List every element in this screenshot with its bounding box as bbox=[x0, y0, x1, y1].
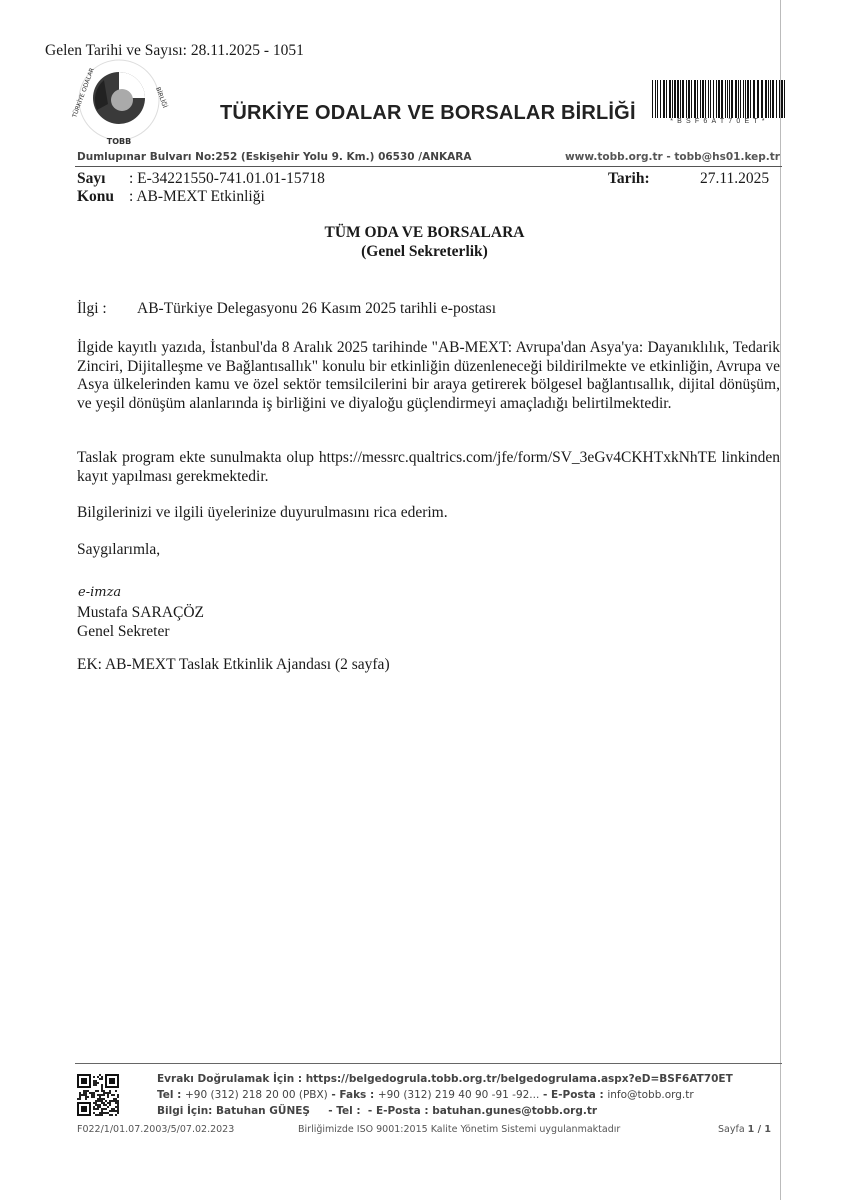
organization-name: TÜRKİYE ODALAR VE BORSALAR BİRLİĞİ bbox=[220, 102, 636, 125]
signer-name: Mustafa SARAÇÖZ bbox=[77, 604, 204, 623]
addressee-line2: (Genel Sekreterlik) bbox=[200, 243, 649, 261]
footer-divider bbox=[75, 1063, 782, 1064]
footer-verify: Evrakı Doğrulamak İçin : https://belgedo… bbox=[157, 1073, 733, 1085]
tobb-logo-icon: TOBB TÜRKİYE ODALAR BİRLİĞİ bbox=[64, 58, 174, 148]
footer-info: Bilgi İçin: Batuhan GÜNEŞ - Tel : - E-Po… bbox=[157, 1105, 597, 1117]
reference: İlgi :AB-Türkiye Delegasyonu 26 Kasım 20… bbox=[77, 300, 496, 318]
received-stamp: Gelen Tarihi ve Sayısı: 28.11.2025 - 105… bbox=[45, 42, 304, 60]
qr-code-icon[interactable] bbox=[77, 1074, 119, 1116]
address-bar: Dumlupınar Bulvarı No:252 (Eskişehir Yol… bbox=[75, 150, 782, 167]
body-paragraph-3: Bilgilerinizi ve ilgili üyelerinize duyu… bbox=[77, 504, 780, 523]
date-value: 27.11.2025 bbox=[700, 170, 769, 188]
tel-label: Tel : bbox=[157, 1089, 185, 1101]
signer-block: Mustafa SARAÇÖZ Genel Sekreter bbox=[77, 604, 204, 641]
info-person: Bilgi İçin: Batuhan GÜNEŞ bbox=[157, 1105, 310, 1117]
sayi-label: Sayı bbox=[77, 170, 129, 188]
registration-link[interactable]: https://messrc.qualtrics.com/jfe/form/SV… bbox=[319, 449, 717, 466]
closing: Saygılarımla, bbox=[77, 541, 780, 560]
e-signature-mark: e-imza bbox=[78, 585, 121, 600]
barcode-text: *BSF6AT70ET* bbox=[652, 118, 787, 125]
body-paragraph-2: Taslak program ekte sunulmakta olup http… bbox=[77, 449, 780, 486]
body-paragraph-1: İlgide kayıtlı yazıda, İstanbul'da 8 Ara… bbox=[77, 339, 780, 413]
konu-label: Konu bbox=[77, 188, 129, 206]
ilgi-text: AB-Türkiye Delegasyonu 26 Kasım 2025 tar… bbox=[137, 300, 496, 317]
faks-label: - Faks : bbox=[328, 1089, 378, 1101]
sayi-value: : E-34221550-741.01.01-15718 bbox=[129, 170, 325, 187]
contact-info[interactable]: www.tobb.org.tr - tobb@hs01.kep.tr bbox=[565, 151, 780, 163]
footer-contact: Tel : +90 (312) 218 20 00 (PBX) - Faks :… bbox=[157, 1089, 694, 1101]
scan-edge-line bbox=[780, 0, 781, 1200]
document-subject: Konu: AB-MEXT Etkinliği bbox=[77, 188, 265, 206]
verify-label: Evrakı Doğrulamak İçin : bbox=[157, 1073, 306, 1085]
document-number: Sayı: E-34221550-741.01.01-15718 bbox=[77, 170, 325, 188]
ilgi-label: İlgi : bbox=[77, 300, 137, 318]
svg-text:TOBB: TOBB bbox=[107, 137, 131, 146]
attachment-note: EK: AB-MEXT Taslak Etkinlik Ajandası (2 … bbox=[77, 656, 390, 674]
paragraph2-before: Taslak program ekte sunulmakta olup bbox=[77, 449, 319, 466]
date-label: Tarih: bbox=[608, 170, 650, 188]
iso-note: Birliğimizde ISO 9001:2015 Kalite Yöneti… bbox=[298, 1124, 620, 1135]
verify-url[interactable]: https://belgedogrula.tobb.org.tr/belgedo… bbox=[306, 1073, 733, 1085]
page-label: Sayfa bbox=[718, 1124, 748, 1135]
page-number: Sayfa 1 / 1 bbox=[718, 1124, 771, 1135]
eposta-value[interactable]: info@tobb.org.tr bbox=[607, 1089, 693, 1101]
signer-title: Genel Sekreter bbox=[77, 623, 204, 642]
form-code: F022/1/01.07.2003/5/07.02.2023 bbox=[77, 1124, 234, 1135]
postal-address: Dumlupınar Bulvarı No:252 (Eskişehir Yol… bbox=[77, 151, 471, 163]
svg-text:TÜRKİYE ODALAR: TÜRKİYE ODALAR bbox=[71, 67, 96, 120]
info-contact[interactable]: - Tel : - E-Posta : batuhan.gunes@tobb.o… bbox=[310, 1105, 597, 1117]
eposta-label: - E-Posta : bbox=[539, 1089, 607, 1101]
tel-value: +90 (312) 218 20 00 (PBX) bbox=[185, 1089, 328, 1101]
konu-value: : AB-MEXT Etkinliği bbox=[129, 188, 265, 205]
page-value: 1 / 1 bbox=[748, 1124, 771, 1135]
faks-value: +90 (312) 219 40 90 -91 -92... bbox=[378, 1089, 540, 1101]
addressee-line1: TÜM ODA VE BORSALARA bbox=[200, 224, 649, 242]
svg-text:BİRLİĞİ: BİRLİĞİ bbox=[154, 86, 168, 109]
